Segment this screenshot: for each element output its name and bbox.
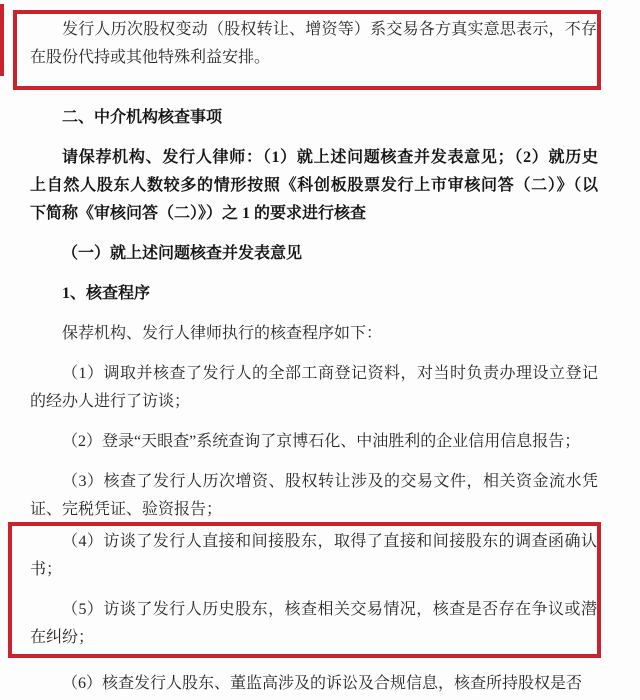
paragraph-item-2: （2）登录“天眼查”系统查询了京博石化、中油胜利的企业信用信息报告； — [30, 428, 598, 456]
document-page: 发行人历次股权变动（股权转让、增资等）系交易各方真实意思表示，不存 在股份代持或… — [0, 0, 640, 700]
subheading-verification-procedure: 1、核查程序 — [30, 280, 598, 308]
paragraph-item-6: （6）核查发行人股东、董监高涉及的诉讼及合规信息，核查所持股权是否 — [30, 670, 598, 698]
text-line: 的经办人进行了访谈； — [30, 388, 598, 416]
text-line: 在纠纷； — [30, 624, 597, 652]
text-line: （1）调取并核查了发行人的全部工商登记资料，对当时负责办理设立登记 — [30, 360, 598, 388]
text-line: （4）访谈了发行人直接和间接股东，取得了直接和间接股东的调查函确认 — [30, 528, 597, 556]
highlight-box-2: （4）访谈了发行人直接和间接股东，取得了直接和间接股东的调查函确认 书； （5）… — [8, 522, 601, 658]
paragraph-share-changes: 发行人历次股权变动（股权转让、增资等）系交易各方真实意思表示，不存 在股份代持或… — [30, 16, 597, 72]
text-line: 证、完税凭证、验资报告； — [30, 496, 598, 524]
text-line: 书； — [30, 556, 597, 584]
text-line: 发行人历次股权变动（股权转让、增资等）系交易各方真实意思表示，不存 — [30, 16, 597, 44]
text-line: （5）访谈了发行人历史股东，核查相关交易情况，核查是否存在争议或潜 — [30, 596, 597, 624]
paragraph-procedure-intro: 保荐机构、发行人律师执行的核查程序如下： — [30, 320, 598, 348]
subheading-verify-and-opine: （一）就上述问题核查并发表意见 — [30, 240, 598, 268]
paragraph-item-4: （4）访谈了发行人直接和间接股东，取得了直接和间接股东的调查函确认 书； — [30, 528, 597, 584]
paragraph-sponsor-request: 请保荐机构、发行人律师：（1）就上述问题核查并发表意见；（2）就历史 上自然人股… — [30, 144, 598, 228]
left-edge-red-mark — [0, 4, 4, 76]
text-line: 下简称《审核问答（二）》）之 1 的要求进行核查 — [30, 200, 598, 228]
highlight-box-1: 发行人历次股权变动（股权转让、增资等）系交易各方真实意思表示，不存 在股份代持或… — [13, 10, 601, 90]
text-line: 在股份代持或其他特殊利益安排。 — [30, 44, 597, 72]
section-heading-intermediary-verification: 二、中介机构核查事项 — [30, 104, 598, 132]
text-line: 上自然人股东人数较多的情形按照《科创板股票发行上市审核问答（二）》（以 — [30, 172, 598, 200]
paragraph-item-5: （5）访谈了发行人历史股东，核查相关交易情况，核查是否存在争议或潜 在纠纷； — [30, 596, 597, 652]
paragraph-item-3: （3）核查了发行人历次增资、股权转让涉及的交易文件，相关资金流水凭 证、完税凭证… — [30, 468, 598, 524]
paragraph-item-1: （1）调取并核查了发行人的全部工商登记资料，对当时负责办理设立登记 的经办人进行… — [30, 360, 598, 416]
text-line: （3）核查了发行人历次增资、股权转让涉及的交易文件，相关资金流水凭 — [30, 468, 598, 496]
text-line: 请保荐机构、发行人律师：（1）就上述问题核查并发表意见；（2）就历史 — [30, 144, 598, 172]
